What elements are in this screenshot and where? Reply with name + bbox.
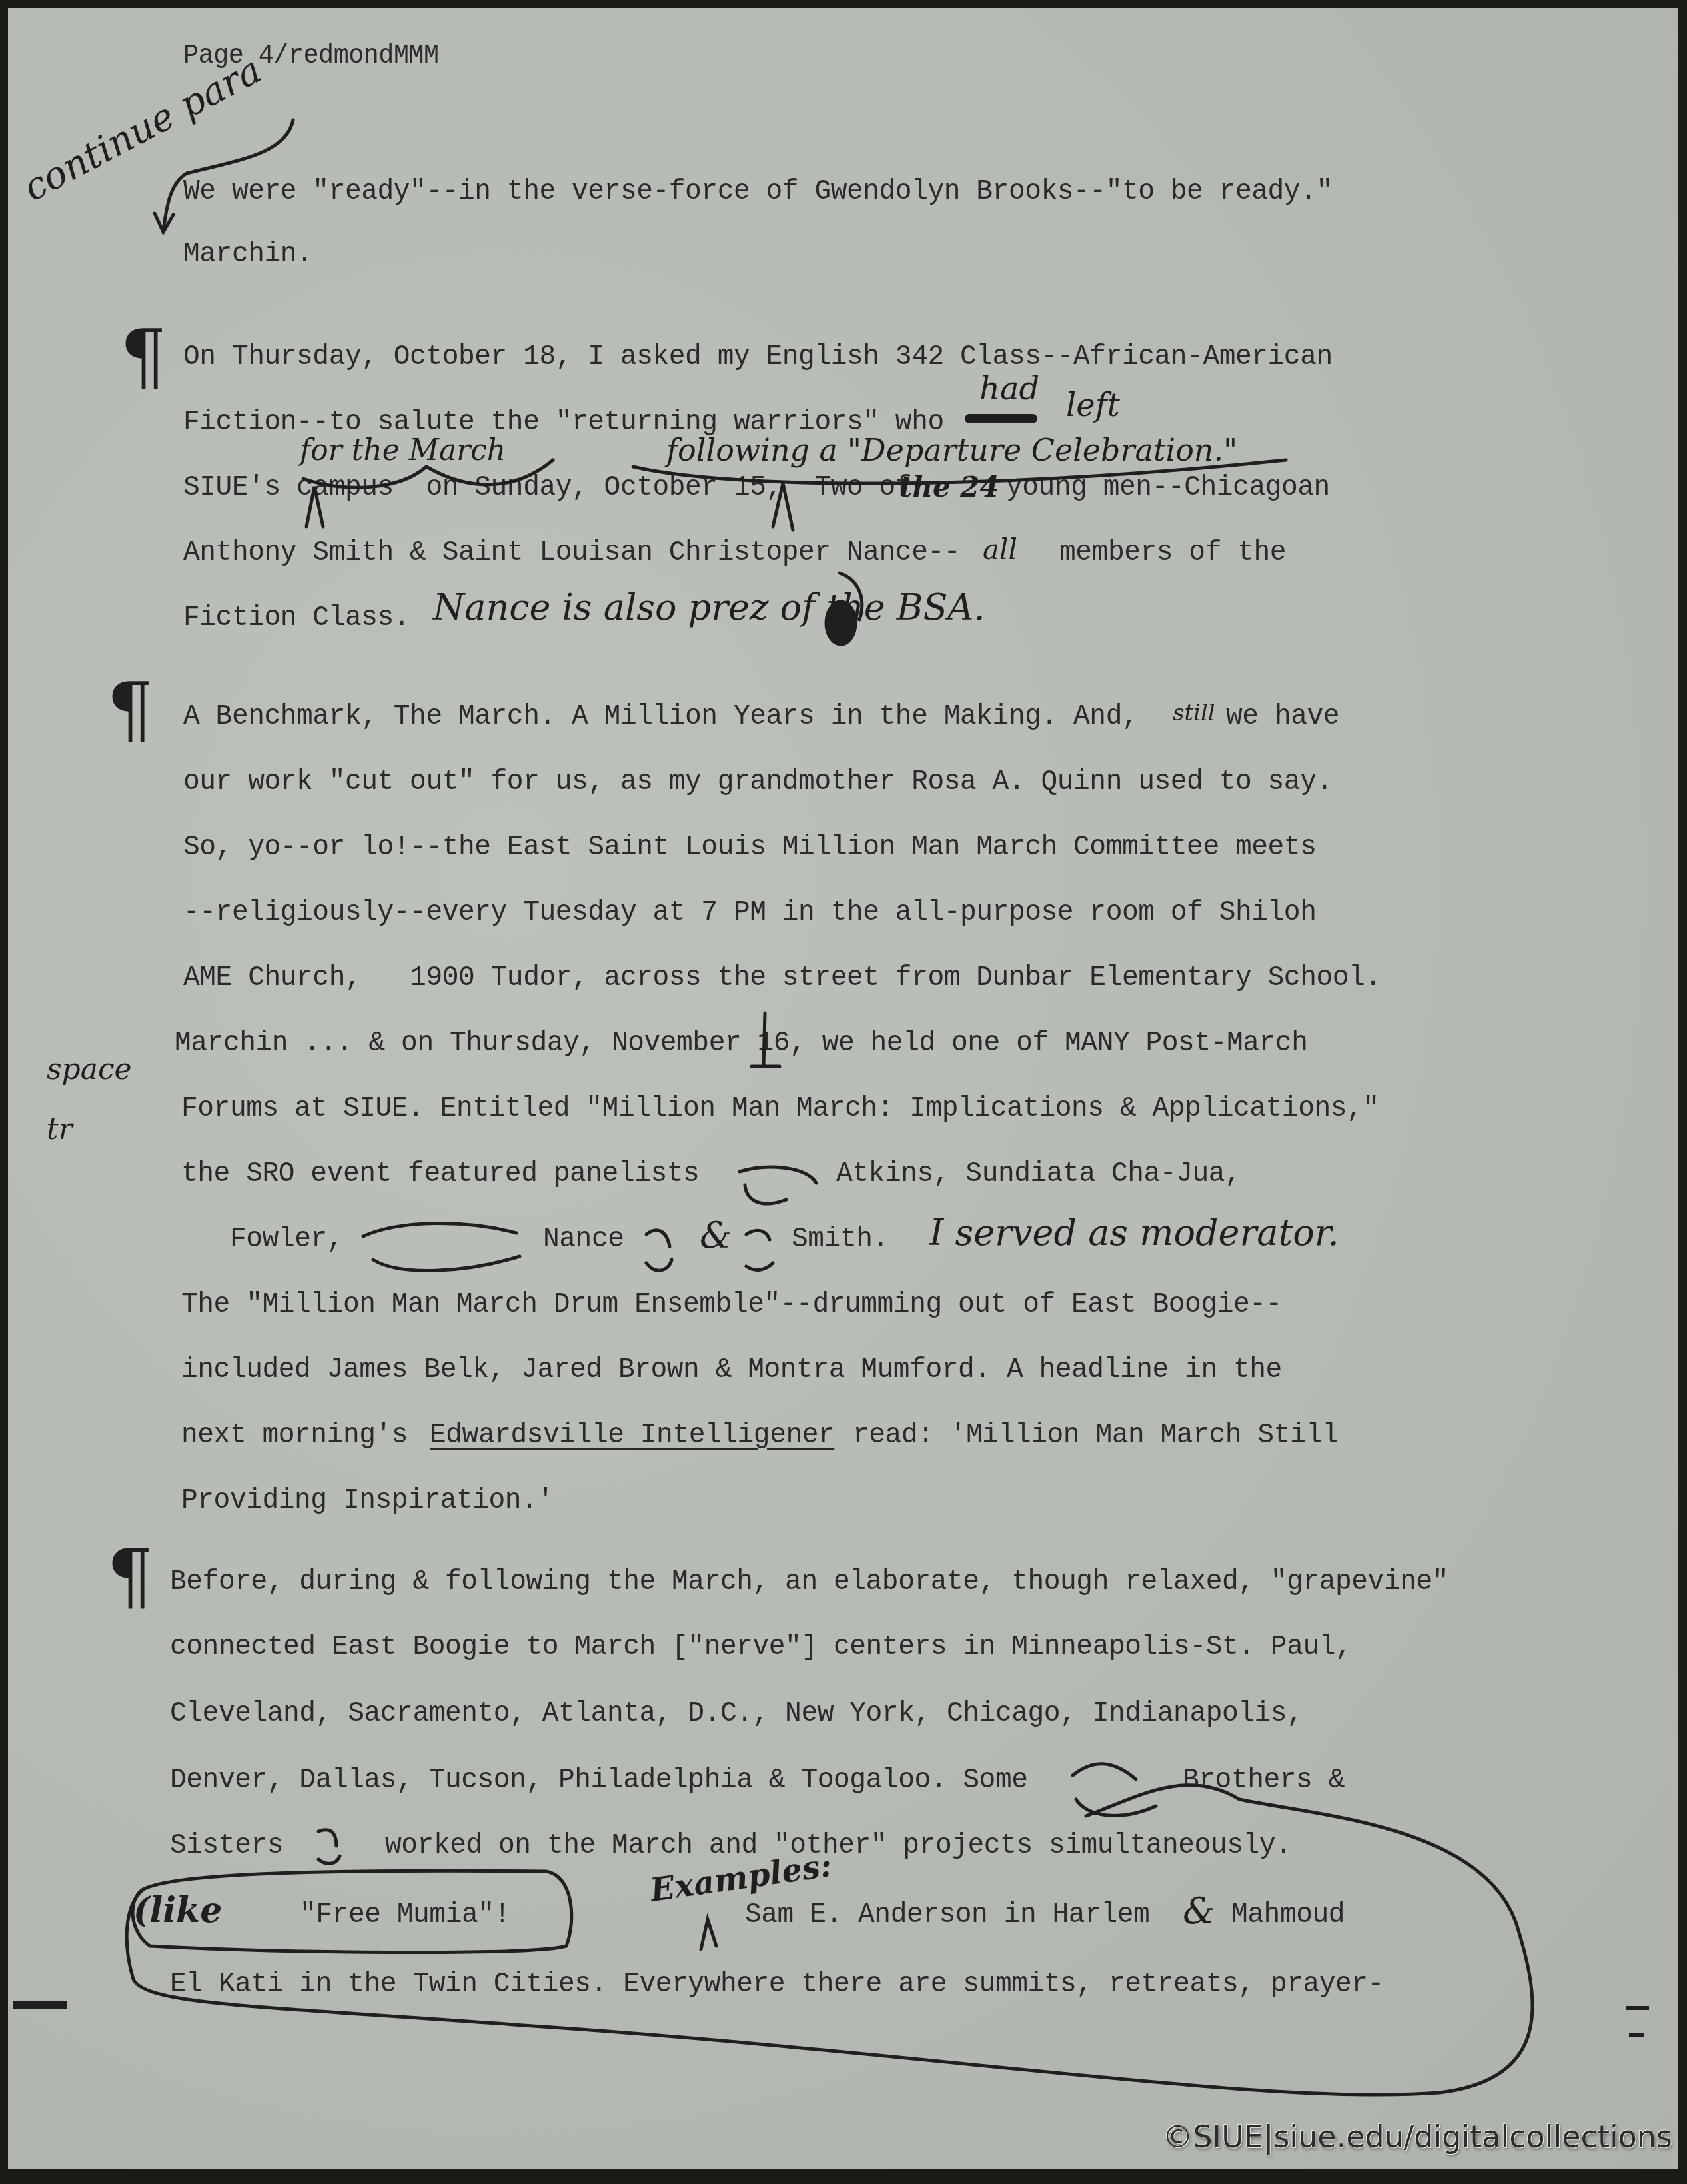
p4-line-3: Cleveland, Sacramento, Atlanta, D.C., Ne… <box>170 1697 1303 1729</box>
p4-line-2: connected East Boogie to March ["nerve"]… <box>170 1630 1351 1663</box>
p4-line-1: Before, during & following the March, an… <box>170 1565 1448 1598</box>
p1-line-1: We were "ready"--in the verse-force of G… <box>183 175 1333 207</box>
p4-line-4b: Brothers & <box>1183 1763 1345 1796</box>
annotation-for-the-march: for the March <box>300 433 506 467</box>
annotation-and-sign: & <box>700 1214 732 1256</box>
annotation-still: still <box>1173 700 1215 726</box>
annotation-like: (like <box>133 1890 222 1931</box>
p3-line-4: --religiously--every Tuesday at 7 PM in … <box>183 896 1316 928</box>
p3-line-2: our work "cut out" for us, as my grandmo… <box>183 765 1333 798</box>
annotation-following-departure: following a "Departure Celebration." <box>666 432 1237 468</box>
annotation-and-sign-2: & <box>1183 1890 1215 1932</box>
annotation-nance-prez: Nance is also prez of the BSA. <box>433 586 985 628</box>
p2-line-4b: members of the <box>1059 536 1286 568</box>
paragraph-mark-icon: ¶ <box>107 1540 153 1613</box>
p4-line-6b: Sam E. Anderson in Harlem <box>745 1898 1149 1931</box>
p3-line-5: AME Church, 1900 Tudor, across the stree… <box>183 961 1381 994</box>
p3-line-9c: Smith. <box>792 1222 889 1255</box>
p4-line-5a: Sisters <box>170 1829 283 1861</box>
p4-line-6a: "Free Mumia"! <box>300 1898 510 1931</box>
scan-edge <box>0 0 8 2184</box>
p3-line-13: Providing Inspiration.' <box>181 1484 554 1516</box>
paragraph-mark-icon: ¶ <box>120 320 167 393</box>
p4-line-4a: Denver, Dallas, Tucson, Philadelphia & T… <box>170 1763 1027 1796</box>
p3-line-6: Marchin ... & on Thursday, November 16, … <box>175 1026 1307 1059</box>
newspaper-title: Edwardsville Intelligener <box>430 1418 834 1451</box>
annotation-left: left <box>1066 387 1120 424</box>
p4-line-6c: Mahmoud <box>1231 1898 1345 1931</box>
p2-line-3: SIUE's campus on Sunday, October 15, Two… <box>183 471 911 503</box>
copyright-watermark: ©SIUE|siue.edu/digitalcollections <box>1162 2119 1672 2155</box>
p4-line-5b: worked on the March and "other" projects… <box>385 1829 1291 1861</box>
paragraph-mark-icon: ¶ <box>107 673 153 746</box>
p3-line-9a: Fowler, <box>230 1222 343 1255</box>
p3-line-1b: we have <box>1226 700 1339 732</box>
annotation-space-tr: space tr <box>47 1040 127 1160</box>
scan-edge-bottom <box>0 2169 1687 2184</box>
p3-line-8b: Atkins, Sundiata Cha-Jua, <box>836 1157 1241 1190</box>
annotation-the-24: the 24 <box>899 471 999 503</box>
p3-line-1: A Benchmark, The March. A Million Years … <box>183 700 1138 732</box>
p2-line-3b: young men--Chicagoan <box>1006 471 1330 503</box>
p3-line-9b: Nance <box>543 1222 624 1255</box>
p3-line-11: included James Belk, Jared Brown & Montr… <box>181 1353 1282 1386</box>
p3-line-12a: next morning's <box>181 1418 408 1451</box>
p4-line-7: El Kati in the Twin Cities. Everywhere t… <box>170 1967 1384 2000</box>
p3-line-3: So, yo--or lo!--the East Saint Louis Mil… <box>183 830 1316 863</box>
p2-line-5: Fiction Class. <box>183 601 410 634</box>
p3-line-7: Forums at SIUE. Entitled "Million Man Ma… <box>181 1092 1379 1124</box>
p2-line-1: On Thursday, October 18, I asked my Engl… <box>183 340 1333 373</box>
p3-line-10: The "Million Man March Drum Ensemble"--d… <box>181 1288 1282 1320</box>
p1-line-2: Marchin. <box>183 237 312 270</box>
p3-line-8: the SRO event featured panelists <box>181 1157 699 1190</box>
p2-line-4: Anthony Smith & Saint Louisan Christoper… <box>183 536 960 568</box>
annotation-all: all <box>983 533 1017 566</box>
annotation-had: had <box>979 370 1039 407</box>
p3-line-12b: read: 'Million Man March Still <box>853 1418 1339 1451</box>
annotation-served-moderator: I served as moderator. <box>929 1212 1339 1254</box>
